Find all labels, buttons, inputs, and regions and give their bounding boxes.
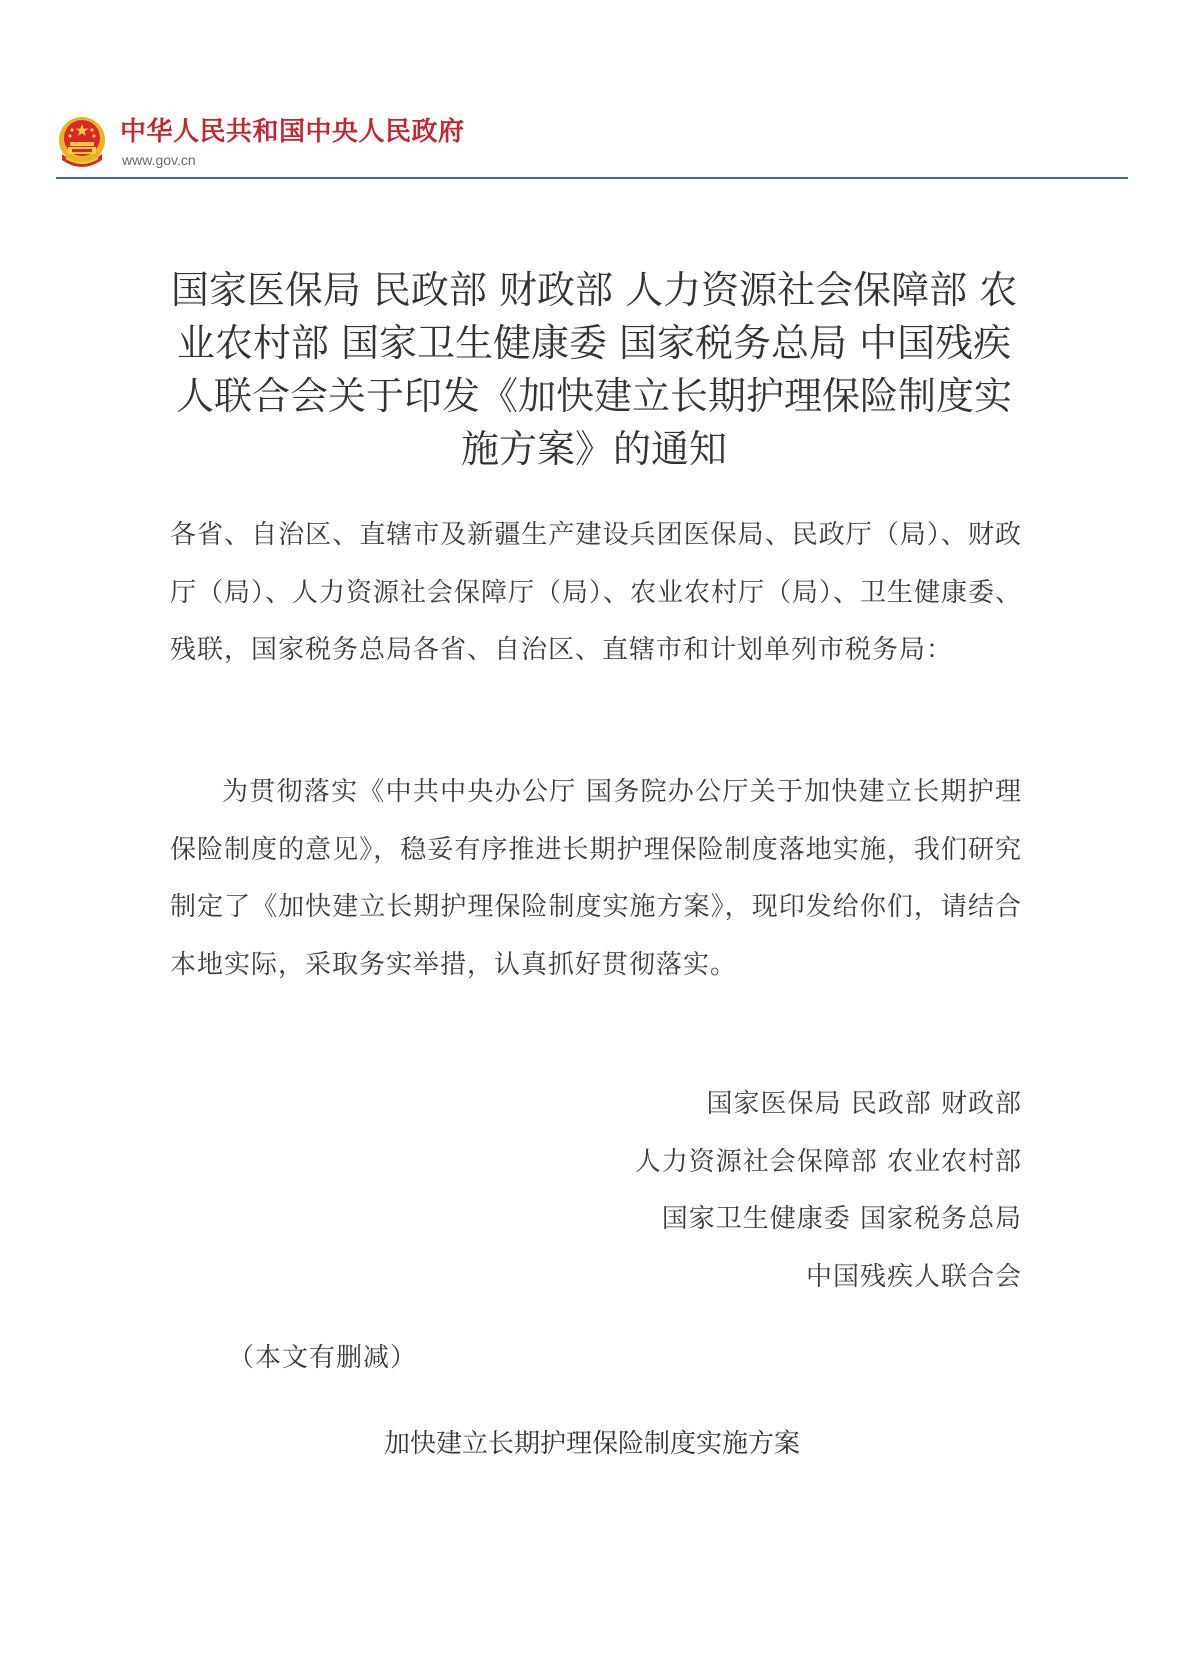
body-paragraph: 为贯彻落实《中共中央办公厅 国务院办公厅关于加快建立长期护理保险制度的意见》，稳… — [170, 764, 1022, 994]
signature-line: 国家医保局 民政部 财政部 — [635, 1076, 1022, 1134]
signature-line: 中国残疾人联合会 — [635, 1249, 1022, 1307]
site-name[interactable]: 中华人民共和国中央人民政府 — [120, 116, 465, 148]
site-header: 中华人民共和国中央人民政府 www.gov.cn — [56, 112, 1128, 182]
signature-line: 国家卫生健康委 国家税务总局 — [635, 1191, 1022, 1249]
document-title: 国家医保局 民政部 财政部 人力资源社会保障部 农业农村部 国家卫生健康委 国家… — [168, 264, 1020, 476]
signature-block: 国家医保局 民政部 财政部 人力资源社会保障部 农业农村部 国家卫生健康委 国家… — [635, 1076, 1022, 1306]
header-divider — [56, 177, 1128, 179]
abridged-note: （本文有删减） — [228, 1338, 417, 1378]
signature-line: 人力资源社会保障部 农业农村部 — [635, 1134, 1022, 1192]
site-url[interactable]: www.gov.cn — [122, 152, 196, 168]
national-emblem-icon — [56, 116, 108, 170]
addressee-paragraph: 各省、自治区、直辖市及新疆生产建设兵团医保局、民政厅（局）、财政厅（局）、人力资… — [170, 507, 1022, 680]
attachment-title: 加快建立长期护理保险制度实施方案 — [0, 1424, 1184, 1464]
